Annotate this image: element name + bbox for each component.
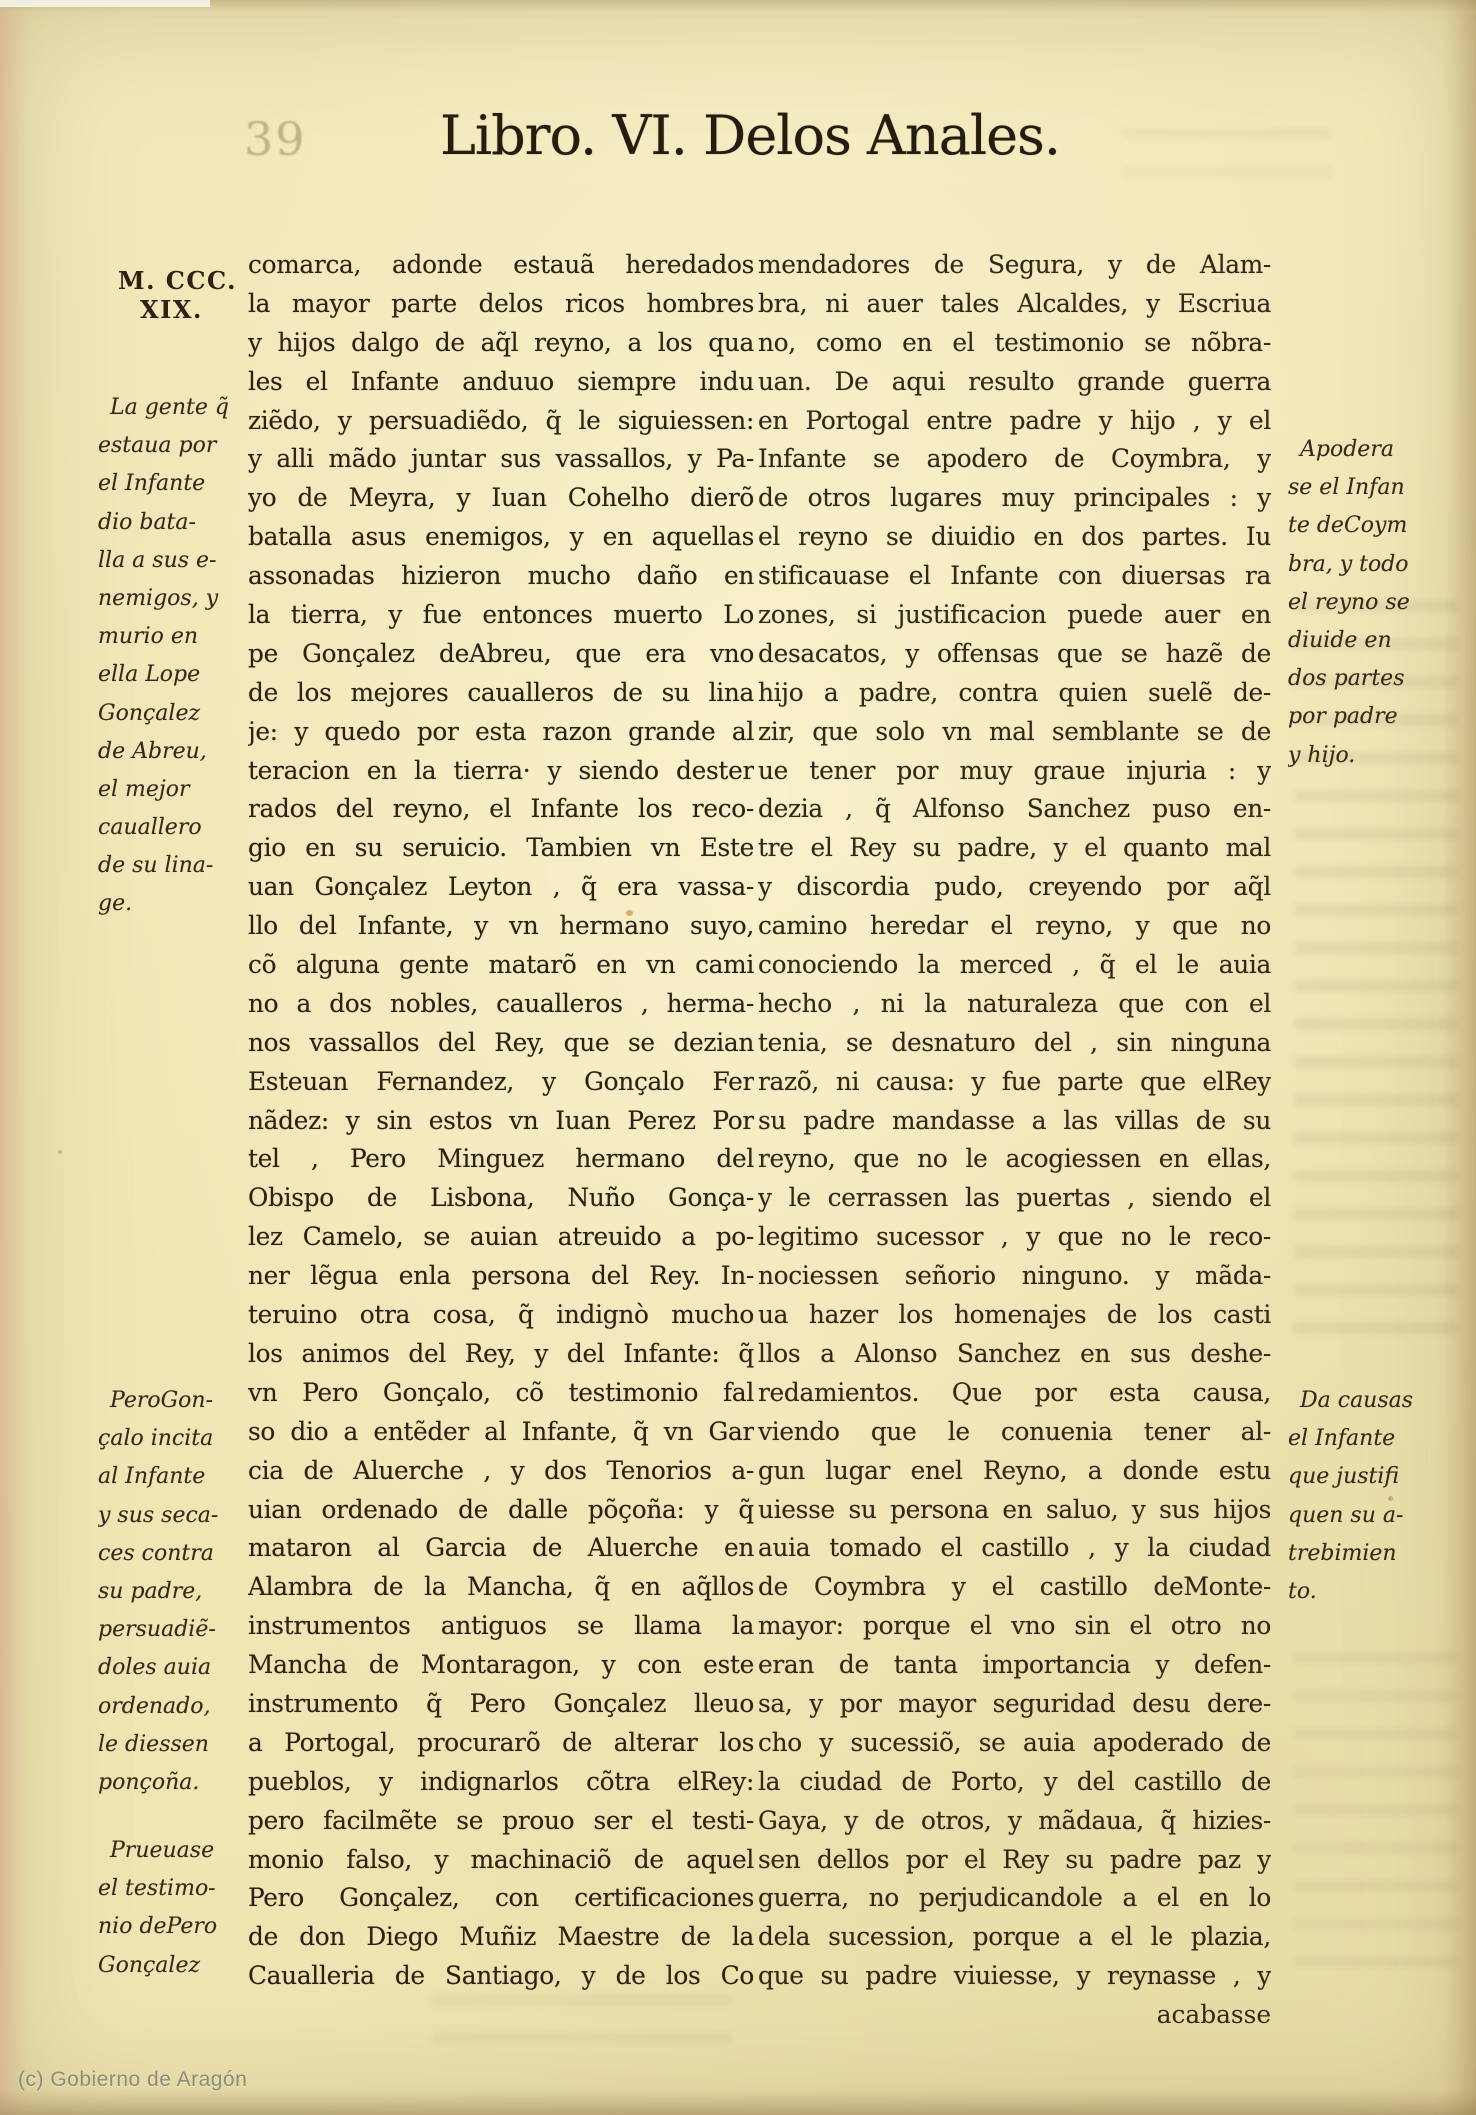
text-line: batalla asus enemigos, y en aquellas	[248, 522, 754, 561]
text-line: de Abreu,	[98, 739, 250, 777]
scan-edge-sliver	[0, 0, 210, 7]
text-line: y sus seca-	[98, 1503, 250, 1541]
text-line: teruino otra cosa, q̃ indignò mucho	[248, 1300, 754, 1339]
text-line: sen dellos por el Rey su padre paz y	[758, 1845, 1271, 1884]
year-margin-note: M. CCC. XIX.	[118, 266, 248, 324]
text-line: no a dos nobles, caualleros , herma-	[248, 989, 754, 1028]
text-line: nos vassallos del Rey, que se dezian	[248, 1028, 754, 1067]
text-line: por padre	[1288, 704, 1470, 742]
text-line: camino heredar el reyno, y que no	[758, 911, 1271, 950]
text-line: uiesse su persona en saluo, y sus hijos	[758, 1495, 1271, 1534]
text-line: el Infante	[1288, 1426, 1470, 1464]
bleedthrough-ghost-text	[1294, 1652, 1458, 1982]
book-page-scan: 39 Libro. VI. Delos Anales. M. CCC. XIX.…	[0, 0, 1476, 2115]
text-line: uan Gonçalez Leyton , q̃ era vassa-	[248, 872, 754, 911]
text-line: ge.	[98, 891, 250, 929]
text-line: vn Pero Gonçalo, cõ testimonio fal	[248, 1378, 754, 1417]
text-line: Esteuan Fernandez, y Gonçalo Fer	[248, 1067, 754, 1106]
text-line: bra, ni auer tales Alcaldes, y Escriua	[758, 289, 1271, 328]
text-line: ponçoña.	[98, 1770, 250, 1808]
text-line: se el Infan	[1288, 475, 1470, 513]
text-line: zones, si justificacion puede auer en	[758, 600, 1271, 639]
text-line: Infante se apodero de Coymbra, y	[758, 444, 1271, 483]
text-line: Caualleria de Santiago, y de los Co	[248, 1961, 754, 2000]
text-line: ziẽdo, y persuadiẽdo, q̃ le siguiessen:	[248, 406, 754, 445]
text-line: gun lugar enel Reyno, a donde estu	[758, 1456, 1271, 1495]
text-line: tre el Rey su padre, y el quanto mal	[758, 833, 1271, 872]
text-line: cauallero	[98, 815, 250, 853]
text-line: nociessen señorio ninguno. y mãda-	[758, 1261, 1271, 1300]
text-line: redamientos. Que por esta causa,	[758, 1378, 1271, 1417]
text-line: cõ alguna gente matarõ en vn cami	[248, 950, 754, 989]
margin-note-left-2: PeroGon-çalo incitaal Infantey sus seca-…	[98, 1388, 250, 1808]
text-line: la ciudad de Porto, y del castillo de	[758, 1767, 1271, 1806]
text-line: instrumentos antiguos se llama la	[248, 1611, 754, 1650]
text-line: Pero Gonçalez, con certificaciones	[248, 1883, 754, 1922]
text-line: assonadas hizieron mucho daño en	[248, 561, 754, 600]
text-line: les el Infante anduuo siempre indu	[248, 367, 754, 406]
text-line: ua hazer los homenajes de los casti	[758, 1300, 1271, 1339]
catchword: acabasse	[758, 2000, 1271, 2029]
text-line: razõ, ni causa: y fue parte que elRey	[758, 1067, 1271, 1106]
text-line: de su lina-	[98, 853, 250, 891]
text-line: yo de Meyra, y Iuan Cohelho dierõ	[248, 483, 754, 522]
page-heading: Libro. VI. Delos Anales.	[370, 104, 1130, 167]
text-line: Mancha de Montaragon, y con este	[248, 1650, 754, 1689]
text-line: murio en	[98, 624, 250, 662]
text-line: trebimien	[1288, 1541, 1470, 1579]
text-line: y discordia pudo, creyendo por aq̃l	[758, 872, 1271, 911]
text-line: bra, y todo	[1288, 552, 1470, 590]
text-line: a Portogal, procurarõ de alterar los	[248, 1728, 754, 1767]
text-line: PeroGon-	[98, 1388, 250, 1426]
text-line: ces contra	[98, 1541, 250, 1579]
text-line: su padre mandasse a las villas de su	[758, 1106, 1271, 1145]
text-line: lla a sus e-	[98, 548, 250, 586]
text-line: el Infante	[98, 471, 250, 509]
text-line: no, como en el testimonio se nõbra-	[758, 328, 1271, 367]
text-line: conociendo la merced , q̃ el le auia	[758, 950, 1271, 989]
text-line: el reyno se diuidio en dos partes. Iu	[758, 522, 1271, 561]
text-line: Obispo de Lisbona, Nuño Gonça-	[248, 1183, 754, 1222]
text-line: uan. De aqui resulto grande guerra	[758, 367, 1271, 406]
text-line: reyno, que no le acogiessen en ellas,	[758, 1144, 1271, 1183]
text-line: de otros lugares muy principales : y	[758, 483, 1271, 522]
text-line: de Coymbra y el castillo deMonte-	[758, 1572, 1271, 1611]
text-line: legitimo sucessor , y que no le reco-	[758, 1222, 1271, 1261]
text-line: zir, que solo vn mal semblante se de	[758, 717, 1271, 756]
text-line: instrumento q̃ Pero Gonçalez lleuo	[248, 1689, 754, 1728]
text-line: guerra, no perjudicandole a el en lo	[758, 1883, 1271, 1922]
text-line: rados del reyno, el Infante los reco-	[248, 794, 754, 833]
text-line: viendo que le conuenia tener al-	[758, 1417, 1271, 1456]
text-line: so dio a entẽder al Infante, q̃ vn Gar	[248, 1417, 754, 1456]
text-line: en Portogal entre padre y hijo , y el	[758, 406, 1271, 445]
text-line: estaua por	[98, 433, 250, 471]
text-line: ordenado,	[98, 1694, 250, 1732]
text-line: cho y sucessiõ, se auia apoderado de	[758, 1728, 1271, 1767]
text-line: gio en su seruicio. Tambien vn Este	[248, 833, 754, 872]
text-line: pe Gonçalez deAbreu, que era vno	[248, 639, 754, 678]
text-line: llo del Infante, y vn hermano suyo,	[248, 911, 754, 950]
text-line: diuide en	[1288, 628, 1470, 666]
text-line: pueblos, y indignarlos cõtra elRey:	[248, 1767, 754, 1806]
paper-stain	[58, 1150, 62, 1154]
text-line: y hijos dalgo de aq̃l reyno, a los qua	[248, 328, 754, 367]
text-line: lez Camelo, se auian atreuido a po-	[248, 1222, 754, 1261]
text-line: ue tener por muy graue injuria : y	[758, 756, 1271, 795]
text-line: doles auia	[98, 1655, 250, 1693]
text-line: dos partes	[1288, 666, 1470, 704]
text-line: dezia , q̃ Alfonso Sanchez puso en-	[758, 794, 1271, 833]
text-line: Apodera	[1288, 437, 1470, 475]
text-line: la tierra, y fue entonces muerto Lo	[248, 600, 754, 639]
text-line: de los mejores caualleros de su lina	[248, 678, 754, 717]
text-line: tel , Pero Minguez hermano del	[248, 1144, 754, 1183]
bleedthrough-page-number: 39	[244, 112, 307, 166]
text-line: mendadores de Segura, y de Alam-	[758, 250, 1271, 289]
scan-edge-right	[1442, 0, 1476, 2115]
text-line: y alli mãdo juntar sus vassallos, y Pa-	[248, 444, 754, 483]
text-line: nãdez: y sin estos vn Iuan Perez Por	[248, 1106, 754, 1145]
text-line: el mejor	[98, 777, 250, 815]
text-line: nio dePero	[98, 1914, 250, 1952]
text-line: que justifi	[1288, 1464, 1470, 1502]
left-text-column: comarca, adonde estauã heredadosla mayor…	[248, 250, 754, 2000]
text-line: los animos del Rey, y del Infante: q̃	[248, 1339, 754, 1378]
text-line: Gonçalez	[98, 701, 250, 739]
text-line: que su padre viuiesse, y reynasse , y	[758, 1961, 1271, 2000]
text-line: ella Lope	[98, 662, 250, 700]
text-line: Da causas	[1288, 1388, 1470, 1426]
margin-note-right-1: Apoderase el Infante deCoymbra, y todoel…	[1288, 437, 1470, 781]
text-line: y hijo.	[1288, 743, 1470, 781]
bleedthrough-ghost-text	[432, 1994, 732, 2056]
margin-note-left-3: Prueuaseel testimo-nio dePeroGonçalez	[98, 1838, 250, 1991]
text-line: nemigos, y	[98, 586, 250, 624]
copyright-watermark: (c) Gobierno de Aragón	[18, 2068, 247, 2092]
text-line: je: y quedo por esta razon grande al	[248, 717, 754, 756]
text-line: cia de Aluerche , y dos Tenorios a-	[248, 1456, 754, 1495]
text-line: el testimo-	[98, 1876, 250, 1914]
text-line: persuadiẽ-	[98, 1617, 250, 1655]
text-line: su padre,	[98, 1579, 250, 1617]
text-line: llos a Alonso Sanchez en sus deshe-	[758, 1339, 1271, 1378]
year-line: M. CCC.	[118, 266, 248, 295]
text-line: dio bata-	[98, 510, 250, 548]
text-line: le diessen	[98, 1732, 250, 1770]
text-line: desacatos, y offensas que se hazẽ de	[758, 639, 1271, 678]
year-line: XIX.	[118, 295, 248, 324]
text-line: mataron al Garcia de Aluerche en	[248, 1533, 754, 1572]
text-line: la mayor parte delos ricos hombres	[248, 289, 754, 328]
text-line: ner lẽgua enla persona del Rey. In-	[248, 1261, 754, 1300]
text-line: stificauase el Infante con diuersas ra	[758, 561, 1271, 600]
text-line: Gonçalez	[98, 1953, 250, 1991]
text-line: al Infante	[98, 1464, 250, 1502]
scan-edge-left	[0, 0, 30, 2115]
scan-edge-bottom	[0, 2089, 1476, 2115]
scan-edge-top	[0, 0, 1476, 12]
text-line: de don Diego Muñiz Maestre de la	[248, 1922, 754, 1961]
text-line: auia tomado el castillo , y la ciudad	[758, 1533, 1271, 1572]
text-line: teracion en la tierra· y siendo dester	[248, 756, 754, 795]
text-line: çalo incita	[98, 1426, 250, 1464]
text-line: monio falso, y machinaciõ de aquel	[248, 1845, 754, 1884]
text-line: el reyno se	[1288, 590, 1470, 628]
text-line: pero facilmẽte se prouo ser el testi-	[248, 1806, 754, 1845]
text-line: sa, y por mayor seguridad desu dere-	[758, 1689, 1271, 1728]
right-text-column: mendadores de Segura, y de Alam-bra, ni …	[758, 250, 1271, 2000]
text-line: uian ordenado de dalle põçoña: y q̃	[248, 1495, 754, 1534]
text-line: Gaya, y de otros, y mãdaua, q̃ hizies-	[758, 1806, 1271, 1845]
text-line: y le cerrassen las puertas , siendo el	[758, 1183, 1271, 1222]
text-line: te deCoym	[1288, 513, 1470, 551]
text-line: quen su a-	[1288, 1503, 1470, 1541]
margin-note-right-2: Da causasel Infanteque justifiquen su a-…	[1288, 1388, 1470, 1617]
text-line: eran de tanta importancia y defen-	[758, 1650, 1271, 1689]
text-line: mayor: porque el vno sin el otro no	[758, 1611, 1271, 1650]
text-line: to.	[1288, 1579, 1470, 1617]
text-line: hijo a padre, contra quien suelẽ de-	[758, 678, 1271, 717]
text-line: comarca, adonde estauã heredados	[248, 250, 754, 289]
text-line: hecho , ni la naturaleza que con el	[758, 989, 1271, 1028]
text-line: Prueuase	[98, 1838, 250, 1876]
text-line: tenia, se desnaturo del , sin ninguna	[758, 1028, 1271, 1067]
margin-note-left-1: La gente q̃estaua porel Infantedio bata-…	[98, 395, 250, 930]
text-line: dela sucession, porque a el le plazia,	[758, 1922, 1271, 1961]
text-line: La gente q̃	[98, 395, 250, 433]
bleedthrough-ghost-text	[1122, 128, 1332, 186]
text-line: Alambra de la Mancha, q̃ en aq̃llos	[248, 1572, 754, 1611]
